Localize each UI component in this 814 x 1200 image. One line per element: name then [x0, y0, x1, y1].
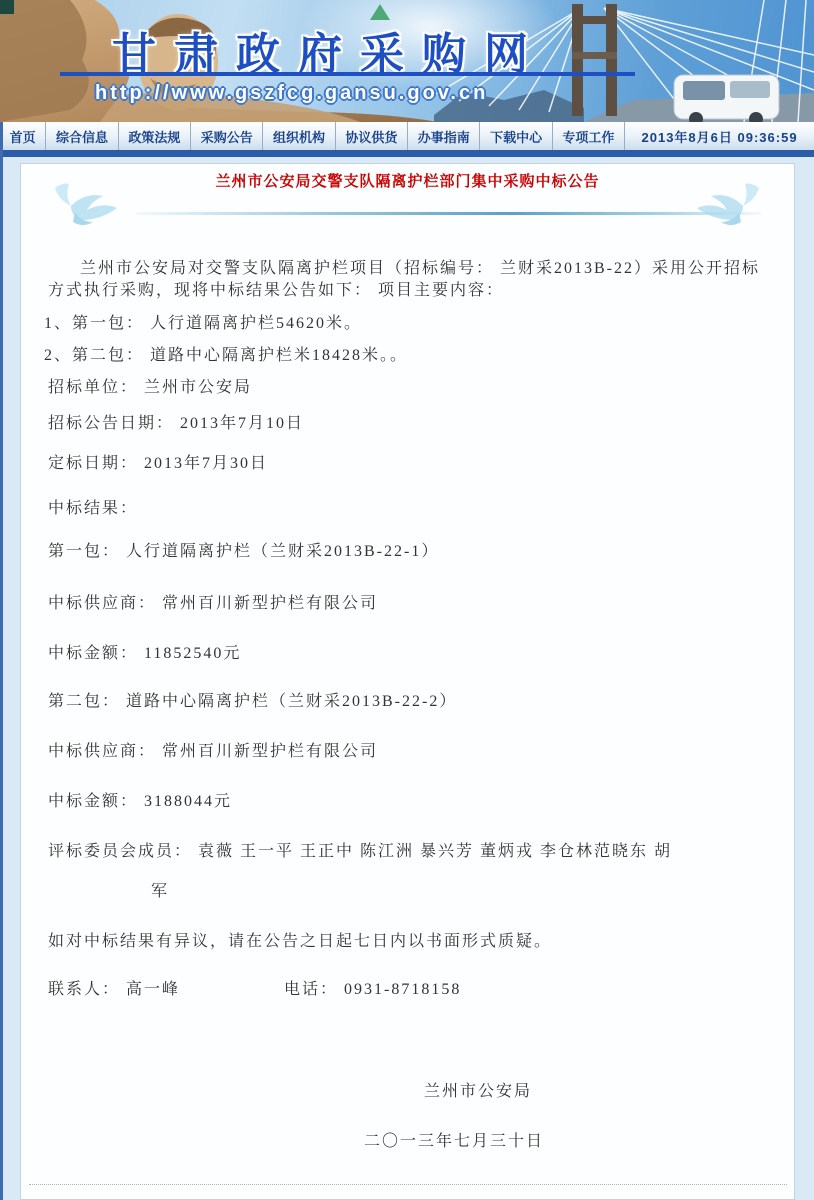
nav-item-special[interactable]: 专项工作 [553, 122, 625, 150]
intro-paragraph: 兰州市公安局对交警支队隔离护栏项目（招标编号： 兰财采2013B-22）采用公开… [48, 258, 775, 302]
nav-item-guide[interactable]: 办事指南 [408, 122, 480, 150]
title-divider [136, 212, 761, 215]
package1-title: 第一包： 人行道隔离护栏（兰财采2013B-22-1） [48, 538, 439, 561]
nav-item-notice[interactable]: 采购公告 [191, 122, 263, 150]
nav-item-policy[interactable]: 政策法规 [119, 122, 191, 150]
result-heading: 中标结果： [48, 495, 138, 518]
package2-title: 第二包： 道路中心隔离护栏（兰财采2013B-22-2） [48, 688, 457, 711]
nav-item-org[interactable]: 组织机构 [263, 122, 335, 150]
nav-item-supply[interactable]: 协议供货 [336, 122, 408, 150]
contact-phone: 电话： 0931-8718158 [284, 976, 461, 999]
announcement-title: 兰州市公安局交警支队隔离护栏部门集中采购中标公告 [21, 170, 794, 191]
committee-line2: 军 [151, 878, 169, 901]
main-nav: 首页 综合信息 政策法规 采购公告 组织机构 协议供货 办事指南 下载中心 专项… [0, 122, 814, 150]
dove-icon [691, 178, 763, 230]
title-underline [60, 72, 635, 76]
package1-supplier: 中标供应商： 常州百川新型护栏有限公司 [48, 590, 378, 613]
package1-summary: 1、第一包： 人行道隔离护栏54620米。 [44, 310, 362, 333]
signature-org: 兰州市公安局 [424, 1078, 532, 1101]
committee-line1: 评标委员会成员： 袁薇 王一平 王正中 陈江洲 暴兴芳 董炳戎 李仓林范晓东 胡 [48, 838, 672, 861]
objection-note: 如对中标结果有异议，请在公告之日起七日内以书面形式质疑。 [48, 928, 552, 951]
package1-amount: 中标金额： 11852540元 [48, 640, 241, 663]
nav-bottom-bar [0, 150, 814, 157]
dove-icon [51, 178, 123, 230]
nav-item-home[interactable]: 首页 [0, 122, 46, 150]
page-left-edge [0, 122, 3, 1200]
site-url: http://www.gszfcg.gansu.gov.cn [95, 82, 488, 105]
contact-person: 联系人： 高一峰 [48, 976, 180, 999]
footer-divider [29, 1184, 787, 1185]
notice-date: 招标公告日期： 2013年7月10日 [48, 410, 304, 433]
tender-unit: 招标单位： 兰州市公安局 [48, 374, 252, 397]
content-panel: 兰州市公安局交警支队隔离护栏部门集中采购中标公告 兰州市公安局对交警支队隔离护栏… [20, 163, 795, 1200]
van-graphic [674, 75, 779, 122]
nav-item-download[interactable]: 下载中心 [480, 122, 552, 150]
award-date: 定标日期： 2013年7月30日 [48, 450, 268, 473]
banner-corner-decor [0, 0, 14, 14]
signature-date: 二〇一三年七月三十日 [364, 1128, 544, 1151]
nav-item-info[interactable]: 综合信息 [46, 122, 118, 150]
package2-amount: 中标金额： 3188044元 [48, 788, 232, 811]
nav-datetime: 2013年8月6日 09:36:59 [625, 122, 814, 150]
package2-supplier: 中标供应商： 常州百川新型护栏有限公司 [48, 738, 378, 761]
site-banner: 甘肃政府采购网 http://www.gszfcg.gansu.gov.cn [0, 0, 814, 122]
package2-summary: 2、第二包： 道路中心隔离护栏米18428米。。 [44, 342, 408, 365]
